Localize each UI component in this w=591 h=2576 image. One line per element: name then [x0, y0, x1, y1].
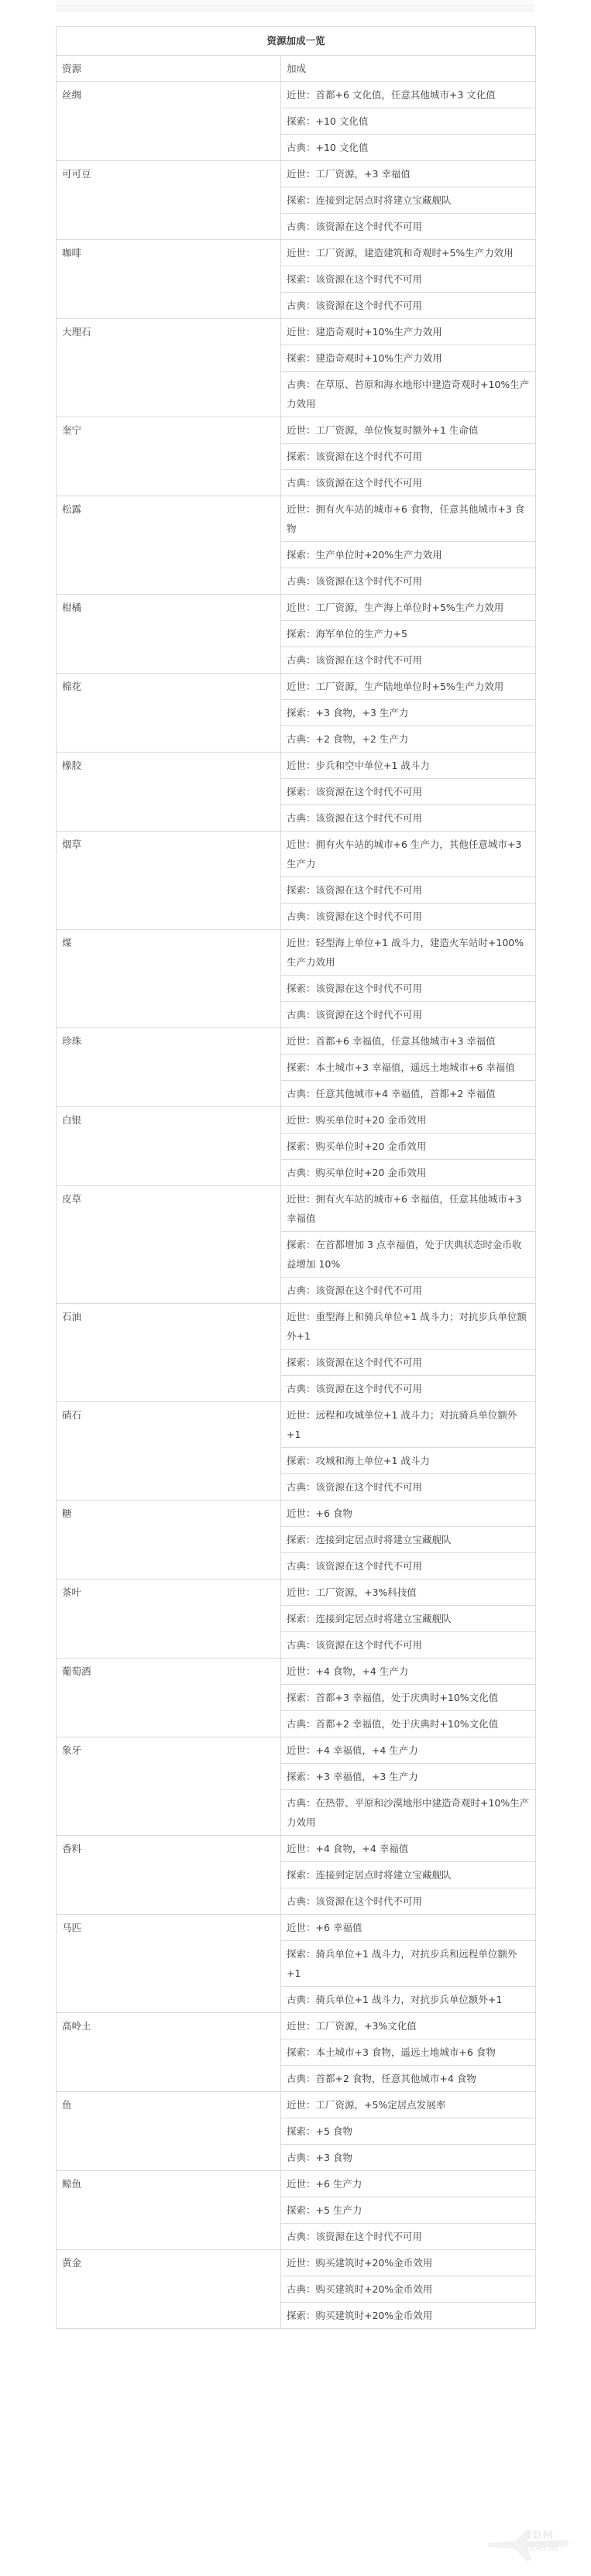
bonus-cell: 探索：该资源在这个时代不可用 [281, 444, 536, 470]
table-row: 煤近世：轻型海上单位+1 战斗力，建造火车站时+100%生产力效用 [57, 930, 536, 976]
bonus-cell: 古典：该资源在这个时代不可用 [281, 568, 536, 595]
bonus-cell: 近世：工厂资源，建造建筑和奇观时+5%生产力效用 [281, 240, 536, 266]
bonus-cell: 近世：+6 食物 [281, 1501, 536, 1527]
bonus-cell: 近世：工厂资源，生产陆地单位时+5%生产力效用 [281, 674, 536, 700]
resource-name-cell: 马匹 [57, 1915, 281, 2013]
table-row: 可可豆近世：工厂资源，+3 幸福值 [57, 161, 536, 187]
bonus-cell: 探索：连接到定居点时将建立宝藏舰队 [281, 187, 536, 214]
resource-name-cell: 象牙 [57, 1737, 281, 1836]
resource-name-cell: 高岭土 [57, 2013, 281, 2092]
resource-name-cell: 鲸鱼 [57, 2171, 281, 2250]
bonus-cell: 近世：首都+6 文化值，任意其他城市+3 文化值 [281, 82, 536, 108]
resource-name-cell: 香料 [57, 1836, 281, 1915]
bonus-cell: 近世：+4 幸福值，+4 生产力 [281, 1737, 536, 1764]
bonus-cell: 古典：该资源在这个时代不可用 [281, 2224, 536, 2250]
bonus-cell: 探索：生产单位时+20%生产力效用 [281, 542, 536, 568]
bonus-cell: 古典：首都+2 食物，任意其他城市+4 食物 [281, 2066, 536, 2092]
bonus-cell: 古典：在热带、平原和沙漠地形中建造奇观时+10%生产力效用 [281, 1790, 536, 1836]
bonus-cell: 探索：+3 幸福值，+3 生产力 [281, 1764, 536, 1790]
bonus-cell: 近世：远程和攻城单位+1 战斗力；对抗骑兵单位额外+1 [281, 1402, 536, 1448]
table-header-row: 资源 加成 [57, 56, 536, 82]
resource-name-cell: 皮草 [57, 1186, 281, 1304]
bonus-cell: 探索：骑兵单位+1 战斗力，对抗步兵和远程单位额外+1 [281, 1941, 536, 1987]
bonus-cell: 探索：攻城和海上单位+1 战斗力 [281, 1448, 536, 1474]
resource-name-cell: 可可豆 [57, 161, 281, 240]
bonus-cell: 近世：工厂资源，+3%文化值 [281, 2013, 536, 2039]
bonus-cell: 探索：+5 生产力 [281, 2197, 536, 2224]
bonus-cell: 近世：工厂资源，+5%定居点发展率 [281, 2092, 536, 2118]
resource-name-cell: 葡萄酒 [57, 1658, 281, 1737]
bonus-cell: 古典：该资源在这个时代不可用 [281, 1002, 536, 1028]
table-row: 香料近世：+4 食物，+4 幸福值 [57, 1836, 536, 1862]
bonus-cell: 探索：购买建筑时+20%金币效用 [281, 2303, 536, 2329]
table-row: 咖啡近世：工厂资源，建造建筑和奇观时+5%生产力效用 [57, 240, 536, 266]
bonus-cell: 古典：该资源在这个时代不可用 [281, 214, 536, 240]
bonus-cell: 古典：该资源在这个时代不可用 [281, 805, 536, 832]
table-row: 鲸鱼近世：+6 生产力 [57, 2171, 536, 2197]
resource-name-cell: 石油 [57, 1304, 281, 1402]
bonus-cell: 近世：工厂资源，+3%科技值 [281, 1580, 536, 1606]
bonus-cell: 探索：+10 文化值 [281, 108, 536, 135]
bonus-cell: 古典：购买建筑时+20%金币效用 [281, 2276, 536, 2303]
bonus-cell: 近世：轻型海上单位+1 战斗力，建造火车站时+100%生产力效用 [281, 930, 536, 976]
table-row: 鱼近世：工厂资源，+5%定居点发展率 [57, 2092, 536, 2118]
bonus-cell: 探索：海军单位的生产力+5 [281, 621, 536, 647]
bonus-cell: 探索：连接到定居点时将建立宝藏舰队 [281, 1862, 536, 1888]
bonus-cell: 近世：重型海上和骑兵单位+1 战斗力；对抗步兵单位额外+1 [281, 1304, 536, 1350]
table-row: 硝石近世：远程和攻城单位+1 战斗力；对抗骑兵单位额外+1 [57, 1402, 536, 1448]
bonus-cell: 近世：购买建筑时+20%金币效用 [281, 2250, 536, 2276]
table-row: 白银近世：购买单位时+20 金币效用 [57, 1107, 536, 1134]
resource-name-cell: 硝石 [57, 1402, 281, 1501]
column-header-bonus: 加成 [281, 56, 536, 82]
bonus-cell: 探索：+5 食物 [281, 2118, 536, 2145]
table-row: 糖近世：+6 食物 [57, 1501, 536, 1527]
bonus-cell: 古典：该资源在这个时代不可用 [281, 1376, 536, 1402]
table-row: 皮草近世：拥有火车站的城市+6 幸福值，任意其他城市+3 幸福值 [57, 1186, 536, 1232]
table-body: 丝绸近世：首都+6 文化值，任意其他城市+3 文化值探索：+10 文化值古典：+… [57, 82, 536, 2329]
table-title-row: 资源加成一览 [57, 27, 536, 56]
bonus-cell: 古典：该资源在这个时代不可用 [281, 1474, 536, 1501]
table-row: 高岭土近世：工厂资源，+3%文化值 [57, 2013, 536, 2039]
bonus-cell: 近世：拥有火车站的城市+6 幸福值，任意其他城市+3 幸福值 [281, 1186, 536, 1232]
watermark-logo: 3DM 攻略组 [484, 2526, 577, 2564]
bonus-cell: 探索：该资源在这个时代不可用 [281, 266, 536, 293]
table-row: 茶叶近世：工厂资源，+3%科技值 [57, 1580, 536, 1606]
bonus-cell: 探索：该资源在这个时代不可用 [281, 976, 536, 1002]
bonus-cell: 探索：建造奇观时+10%生产力效用 [281, 345, 536, 372]
bonus-cell: 探索：购买单位时+20 金币效用 [281, 1134, 536, 1160]
table-row: 烟草近世：拥有火车站的城市+6 生产力，其他任意城市+3 生产力 [57, 832, 536, 877]
resource-name-cell: 棉花 [57, 674, 281, 753]
bonus-cell: 古典：该资源在这个时代不可用 [281, 904, 536, 930]
bonus-cell: 探索：本土城市+3 幸福值，遥远土地城市+6 幸福值 [281, 1055, 536, 1081]
previous-content-edge [56, 0, 534, 6]
bonus-cell: 古典：该资源在这个时代不可用 [281, 1553, 536, 1580]
separator-band [56, 6, 534, 12]
bonus-cell: 古典：该资源在这个时代不可用 [281, 1278, 536, 1304]
resource-name-cell: 大理石 [57, 319, 281, 417]
bonus-cell: 近世：+4 食物，+4 幸福值 [281, 1836, 536, 1862]
resource-name-cell: 烟草 [57, 832, 281, 930]
resource-name-cell: 奎宁 [57, 417, 281, 496]
table-row: 珍珠近世：首都+6 幸福值，任意其他城市+3 幸福值 [57, 1028, 536, 1055]
resource-bonus-table: 资源加成一览 资源 加成 丝绸近世：首都+6 文化值，任意其他城市+3 文化值探… [56, 26, 536, 2329]
bonus-cell: 古典：该资源在这个时代不可用 [281, 293, 536, 319]
bonus-cell: 近世：步兵和空中单位+1 战斗力 [281, 753, 536, 779]
bonus-cell: 古典：该资源在这个时代不可用 [281, 1888, 536, 1915]
table-row: 黄金近世：购买建筑时+20%金币效用 [57, 2250, 536, 2276]
bonus-cell: 古典：购买单位时+20 金币效用 [281, 1160, 536, 1186]
bonus-cell: 古典：在草原、苔原和海水地形中建造奇观时+10%生产力效用 [281, 372, 536, 417]
table-row: 葡萄酒近世：+4 食物，+4 生产力 [57, 1658, 536, 1685]
resource-name-cell: 白银 [57, 1107, 281, 1186]
column-header-resource: 资源 [57, 56, 281, 82]
bonus-cell: 近世：工厂资源，+3 幸福值 [281, 161, 536, 187]
bonus-cell: 探索：在首都增加 3 点幸福值，处于庆典状态时金币收益增加 10% [281, 1232, 536, 1278]
watermark-text: 3DM 攻略组 [524, 2530, 559, 2554]
table-row: 橡胶近世：步兵和空中单位+1 战斗力 [57, 753, 536, 779]
table-row: 柑橘近世：工厂资源，生产海上单位时+5%生产力效用 [57, 595, 536, 621]
bonus-cell: 古典：该资源在这个时代不可用 [281, 470, 536, 496]
table-row: 棉花近世：工厂资源，生产陆地单位时+5%生产力效用 [57, 674, 536, 700]
bonus-cell: 近世：工厂资源，单位恢复时额外+1 生命值 [281, 417, 536, 444]
bonus-cell: 古典：+10 文化值 [281, 135, 536, 161]
bonus-cell: 探索：该资源在这个时代不可用 [281, 779, 536, 805]
table-row: 石油近世：重型海上和骑兵单位+1 战斗力；对抗步兵单位额外+1 [57, 1304, 536, 1350]
bonus-cell: 古典：该资源在这个时代不可用 [281, 1632, 536, 1658]
resource-name-cell: 煤 [57, 930, 281, 1028]
table-row: 丝绸近世：首都+6 文化值，任意其他城市+3 文化值 [57, 82, 536, 108]
bonus-cell: 近世：+6 幸福值 [281, 1915, 536, 1941]
resource-name-cell: 珍珠 [57, 1028, 281, 1107]
bonus-cell: 近世：+6 生产力 [281, 2171, 536, 2197]
resource-name-cell: 茶叶 [57, 1580, 281, 1658]
bonus-cell: 探索：连接到定居点时将建立宝藏舰队 [281, 1527, 536, 1553]
bonus-cell: 古典：+2 食物，+2 生产力 [281, 726, 536, 753]
bonus-cell: 近世：首都+6 幸福值，任意其他城市+3 幸福值 [281, 1028, 536, 1055]
resource-name-cell: 咖啡 [57, 240, 281, 319]
table-row: 象牙近世：+4 幸福值，+4 生产力 [57, 1737, 536, 1764]
bonus-cell: 古典：骑兵单位+1 战斗力，对抗步兵单位额外+1 [281, 1987, 536, 2013]
bonus-cell: 古典：该资源在这个时代不可用 [281, 647, 536, 674]
bonus-cell: 探索：首都+3 幸福值，处于庆典时+10%文化值 [281, 1685, 536, 1711]
bonus-cell: 古典：首都+2 幸福值，处于庆典时+10%文化值 [281, 1711, 536, 1737]
bonus-cell: 近世：+4 食物，+4 生产力 [281, 1658, 536, 1685]
resource-name-cell: 松露 [57, 496, 281, 595]
bonus-cell: 探索：+3 食物，+3 生产力 [281, 700, 536, 726]
resource-name-cell: 丝绸 [57, 82, 281, 161]
bonus-cell: 近世：购买单位时+20 金币效用 [281, 1107, 536, 1134]
table-row: 大理石近世：建造奇观时+10%生产力效用 [57, 319, 536, 345]
resource-name-cell: 糖 [57, 1501, 281, 1580]
bonus-cell: 古典：+3 食物 [281, 2145, 536, 2171]
bonus-cell: 探索：该资源在这个时代不可用 [281, 1350, 536, 1376]
resource-name-cell: 柑橘 [57, 595, 281, 674]
bonus-cell: 古典：任意其他城市+4 幸福值，首都+2 幸福值 [281, 1081, 536, 1107]
bonus-cell: 近世：建造奇观时+10%生产力效用 [281, 319, 536, 345]
table-row: 松露近世：拥有火车站的城市+6 食物，任意其他城市+3 食物 [57, 496, 536, 542]
bonus-cell: 探索：该资源在这个时代不可用 [281, 877, 536, 904]
resource-name-cell: 鱼 [57, 2092, 281, 2171]
bonus-cell: 近世：拥有火车站的城市+6 生产力，其他任意城市+3 生产力 [281, 832, 536, 877]
bonus-cell: 探索：连接到定居点时将建立宝藏舰队 [281, 1606, 536, 1632]
bonus-cell: 近世：工厂资源，生产海上单位时+5%生产力效用 [281, 595, 536, 621]
resource-name-cell: 橡胶 [57, 753, 281, 832]
table-title: 资源加成一览 [57, 27, 536, 56]
bonus-cell: 探索：本土城市+3 食物，遥远土地城市+6 食物 [281, 2039, 536, 2066]
table-row: 奎宁近世：工厂资源，单位恢复时额外+1 生命值 [57, 417, 536, 444]
table-row: 马匹近世：+6 幸福值 [57, 1915, 536, 1941]
bonus-cell: 近世：拥有火车站的城市+6 食物，任意其他城市+3 食物 [281, 496, 536, 542]
resource-name-cell: 黄金 [57, 2250, 281, 2329]
